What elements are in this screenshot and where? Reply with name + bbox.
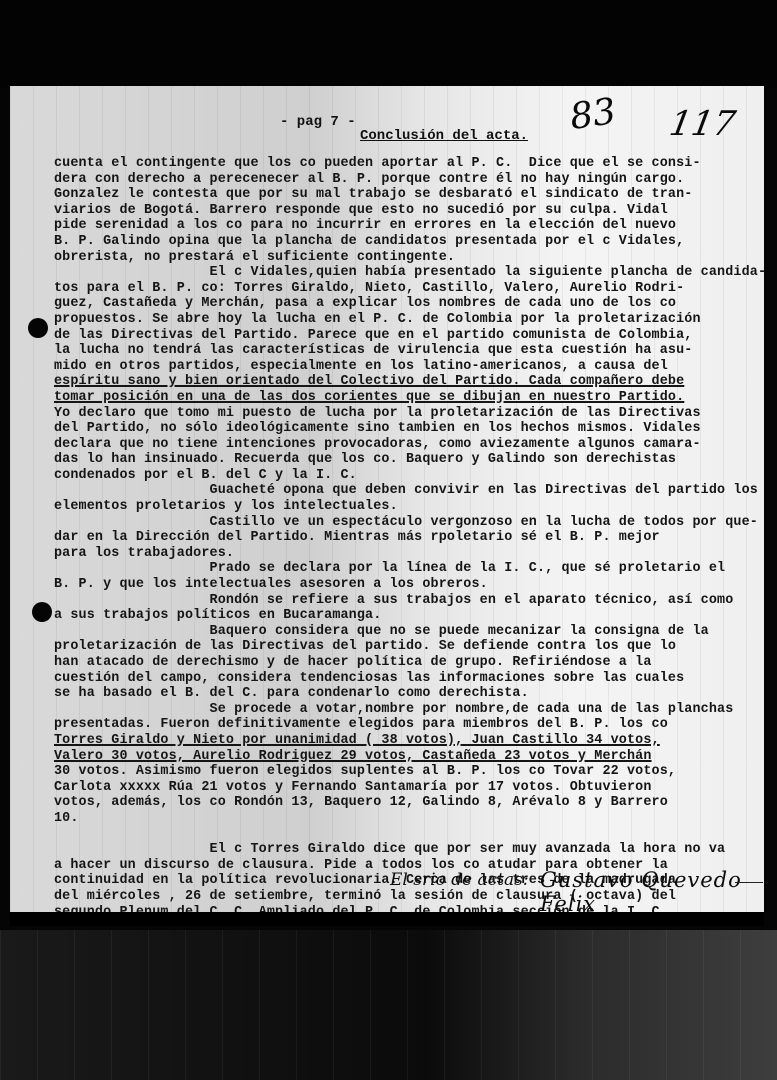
- text-line: espíritu sano y bien orientado del Colec…: [54, 374, 754, 390]
- page-header: - pag 7 - Conclusión del acta.: [10, 116, 764, 136]
- text-line: 10.: [54, 811, 754, 827]
- scan-top-border: [0, 0, 777, 88]
- text-line: elementos proletarios y los intelectuale…: [54, 499, 754, 515]
- text-line: obrerista, no prestará el suficiente con…: [54, 250, 754, 266]
- text-line: condenados por el B. del C y la I. C.: [54, 468, 754, 484]
- text-line: cuenta el contingente que los co pueden …: [54, 156, 754, 172]
- text-line: han atacado de derechismo y de hacer pol…: [54, 655, 754, 671]
- text-line: Baquero considera que no se puede mecani…: [54, 624, 754, 640]
- text-line: Guacheté opona que deben convivir en las…: [54, 483, 754, 499]
- signature-label: El srio de actas:: [390, 870, 529, 890]
- handwritten-folio-number: 117: [666, 104, 738, 144]
- punch-hole: [28, 318, 48, 338]
- text-line: dar en la Dirección del Partido. Mientra…: [54, 530, 754, 546]
- text-line: viarios de Bogotá. Barrero responde que …: [54, 203, 754, 219]
- text-line: tos para el B. P. co: Torres Giraldo, Ni…: [54, 281, 754, 297]
- text-line: Castillo ve un espectáculo vergonzoso en…: [54, 515, 754, 531]
- text-line: del Partido, no sólo ideológicamente sin…: [54, 421, 754, 437]
- text-line: dera con derecho a perecenecer al B. P. …: [54, 172, 754, 188]
- text-line: proletarización de las Directivas del pa…: [54, 639, 754, 655]
- text-line: mido en otros partidos, especialmente en…: [54, 359, 754, 375]
- text-line: votos, además, los co Rondón 13, Baquero…: [54, 795, 754, 811]
- text-line: Yo declaro que tomo mi puesto de lucha p…: [54, 406, 754, 422]
- text-line: tomar posición en una de las dos corient…: [54, 390, 754, 406]
- text-line: a sus trabajos políticos en Bucaramanga.: [54, 608, 754, 624]
- signature-rule: [735, 882, 763, 883]
- text-line: pide serenidad a los co para no incurrir…: [54, 218, 754, 234]
- signature-block: El srio de actas: Gustavo Quevedo Felix: [390, 868, 764, 898]
- text-line: [54, 827, 754, 843]
- text-line: Gonzalez le contesta que por su mal trab…: [54, 187, 754, 203]
- text-line: B. P. y que los intelectuales asesoren a…: [54, 577, 754, 593]
- text-line: das lo han insinuado. Recuerda que los c…: [54, 452, 754, 468]
- scan-film-background: [0, 930, 777, 1080]
- text-line: Valero 30 votos, Aurelio Rodriguez 29 vo…: [54, 749, 754, 765]
- typewritten-body: cuenta el contingente que los co pueden …: [54, 156, 754, 912]
- document-page: - pag 7 - Conclusión del acta. 83 117 cu…: [10, 86, 764, 912]
- punch-hole: [32, 602, 52, 622]
- text-line: El c Vidales,quien había presentado la s…: [54, 265, 754, 281]
- handwritten-folio-number: 83: [567, 91, 618, 138]
- text-line: guez, Castañeda y Merchán, pasa a explic…: [54, 296, 754, 312]
- signature-name: Gustavo Quevedo Felix: [540, 868, 764, 912]
- text-line: Torres Giraldo y Nieto por unanimidad ( …: [54, 733, 754, 749]
- text-line: propuestos. Se abre hoy la lucha en el P…: [54, 312, 754, 328]
- text-line: cuestión del campo, considera tendencios…: [54, 671, 754, 687]
- text-line: se ha basado el B. del C. para condenarl…: [54, 686, 754, 702]
- text-line: Carlota xxxxx Rúa 21 votos y Fernando Sa…: [54, 780, 754, 796]
- text-line: B. P. Galindo opina que la plancha de ca…: [54, 234, 754, 250]
- text-line: para los trabajadores.: [54, 546, 754, 562]
- text-line: presentadas. Fueron definitivamente eleg…: [54, 717, 754, 733]
- page-title: Conclusión del acta.: [360, 128, 528, 144]
- text-line: El c Torres Giraldo dice que por ser muy…: [54, 842, 754, 858]
- text-line: Prado se declara por la línea de la I. C…: [54, 561, 754, 577]
- text-line: Se procede a votar,nombre por nombre,de …: [54, 702, 754, 718]
- text-line: de las Directivas del Partido. Parece qu…: [54, 328, 754, 344]
- text-line: Rondón se refiere a sus trabajos en el a…: [54, 593, 754, 609]
- text-line: declara que no tiene intenciones provoca…: [54, 437, 754, 453]
- text-line: 30 votos. Asimismo fueron elegidos suple…: [54, 764, 754, 780]
- text-line: la lucha no tendrá las características d…: [54, 343, 754, 359]
- page-number-label: - pag 7 -: [280, 114, 356, 130]
